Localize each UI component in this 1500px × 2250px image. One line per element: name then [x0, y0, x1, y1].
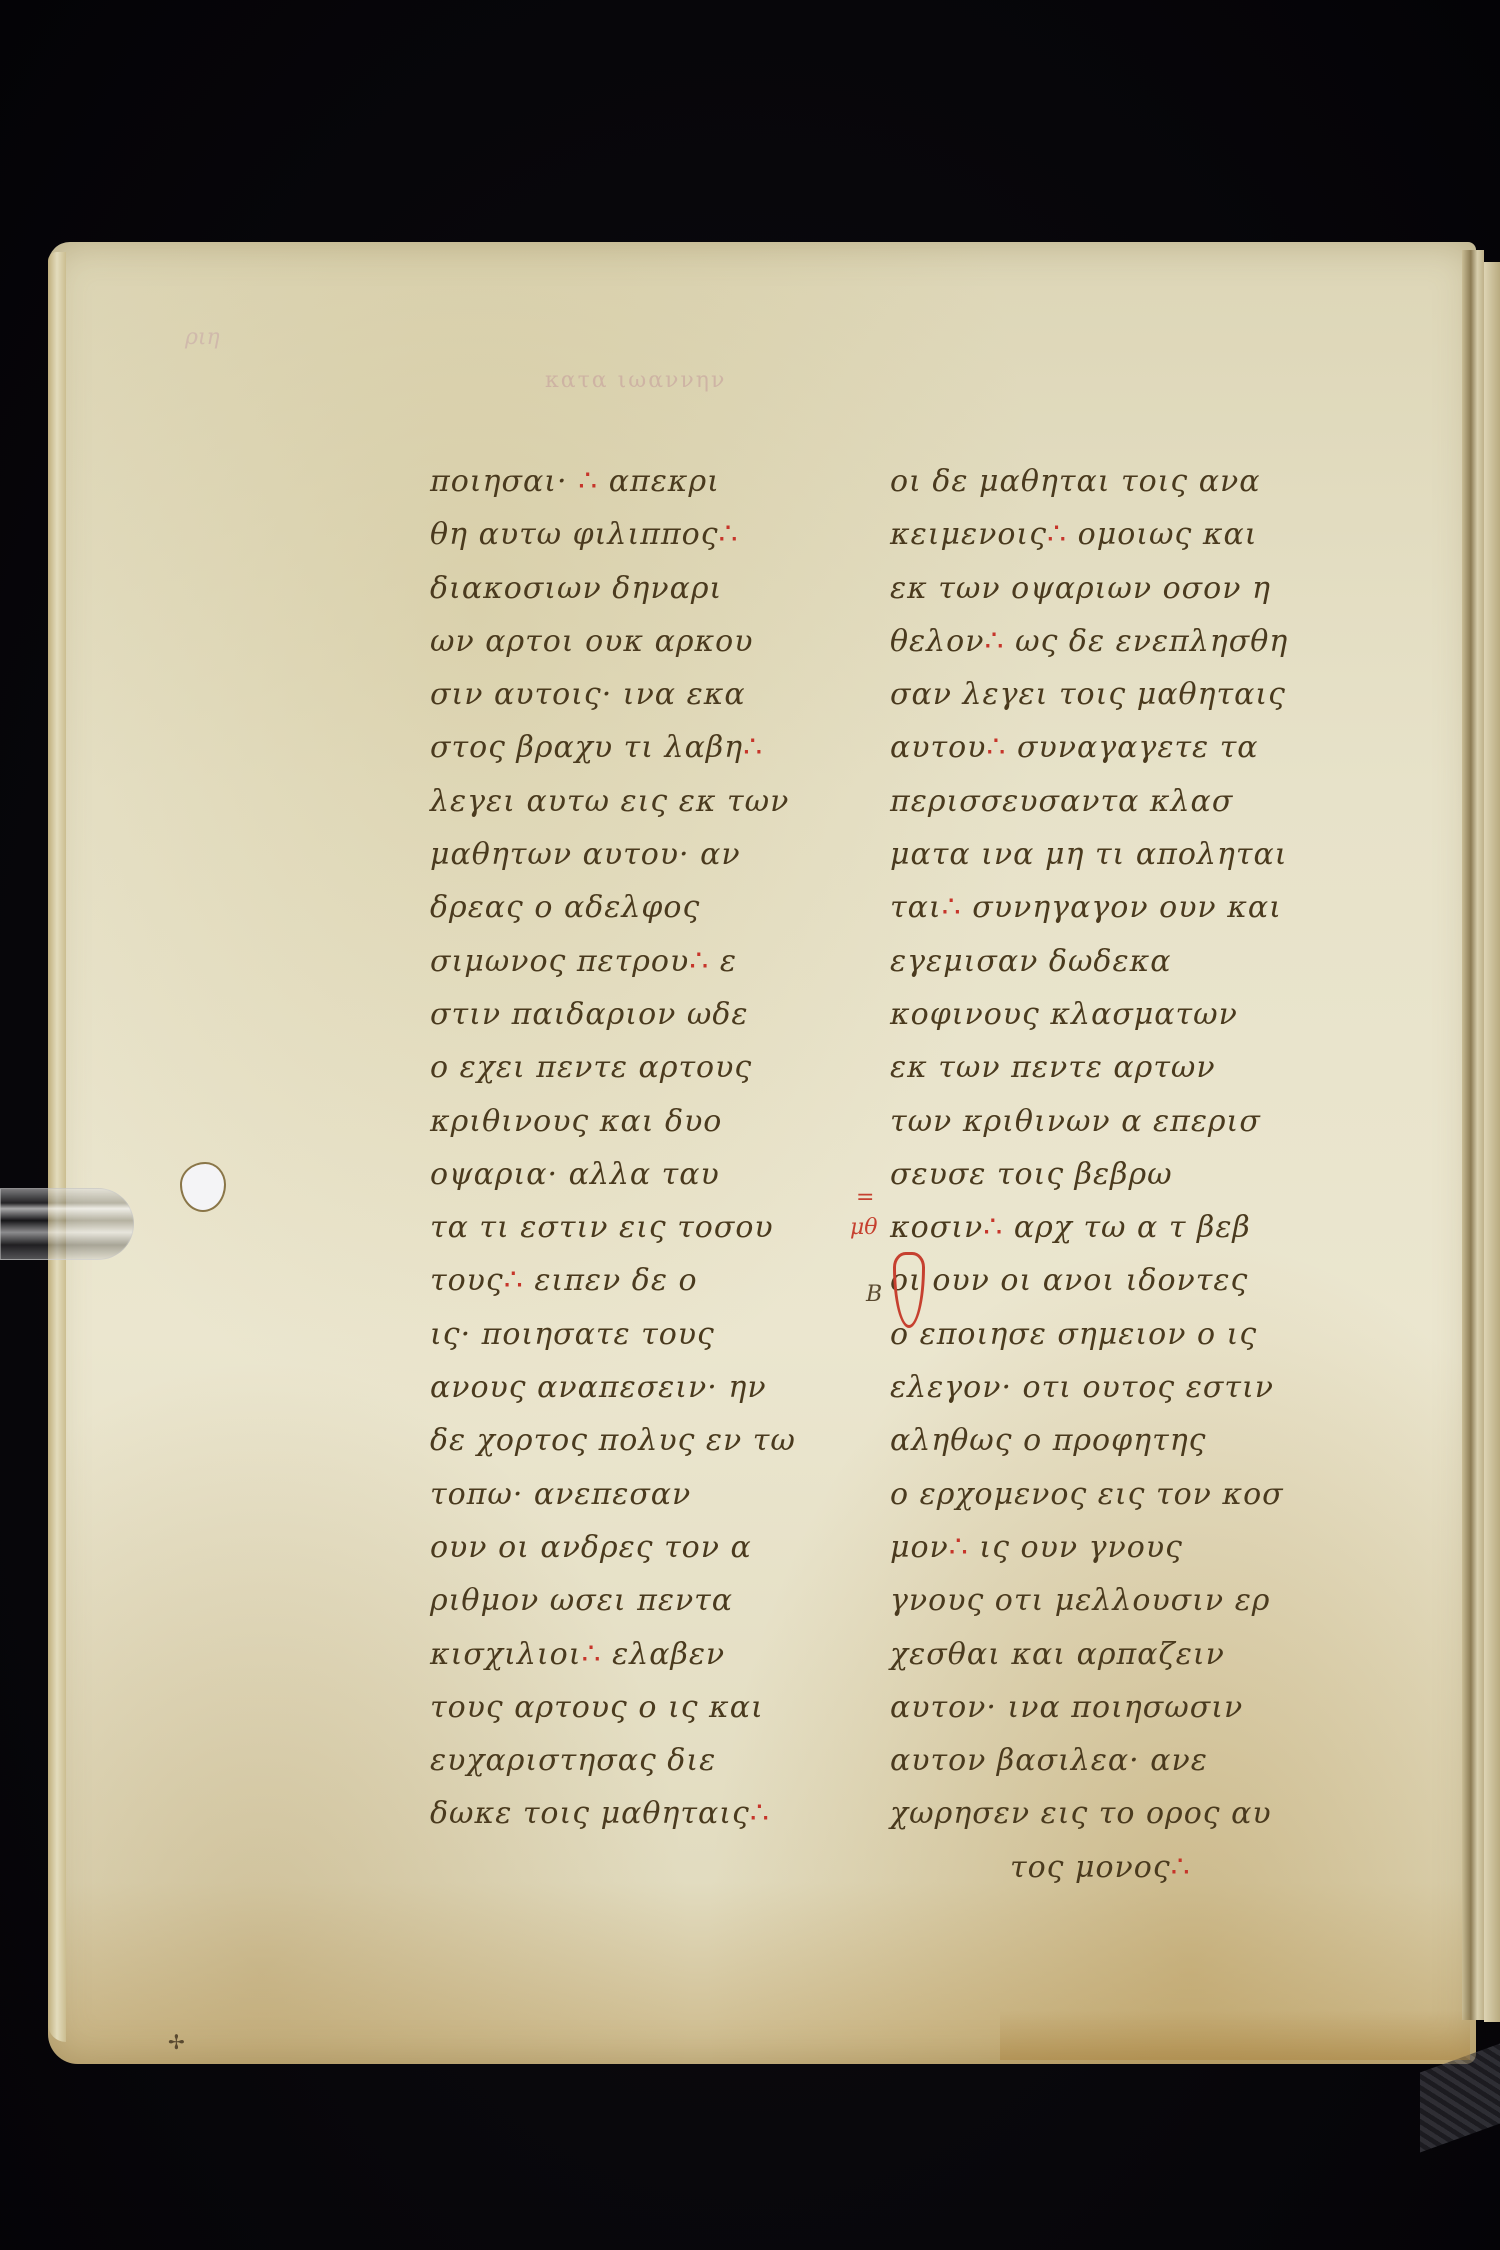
- text-line: ο εποιησε σημειον ο ις: [890, 1308, 1390, 1361]
- text-line: σιμωνος πετρου∴ ε: [430, 935, 870, 988]
- water-stain: [1000, 2010, 1470, 2060]
- line-text-continued: ε: [709, 944, 737, 979]
- line-text: σευσε τοις βεβρω: [890, 1157, 1173, 1192]
- line-text: τος μονος: [1010, 1850, 1171, 1885]
- rubric-punctuation: ∴: [689, 944, 709, 979]
- line-text: ων αρτοι ουκ αρκου: [430, 624, 753, 659]
- line-text: κειμενοις: [890, 517, 1047, 552]
- text-line: τους∴ ειπεν δε ο: [430, 1254, 870, 1307]
- text-line: τα τι εστιν εις τοσου: [430, 1201, 870, 1254]
- text-line: διακοσιων δηναρι: [430, 562, 870, 615]
- rubric-punctuation: ∴: [1047, 517, 1067, 552]
- text-line: αληθως ο προφητης: [890, 1414, 1390, 1467]
- line-text-continued: αρχ τω α τ βεβ: [1003, 1210, 1250, 1245]
- text-line: κριθινους και δυο: [430, 1095, 870, 1148]
- text-line: μαθητων αυτου· αν: [430, 828, 870, 881]
- line-text: ις·: [430, 1317, 482, 1352]
- line-text: δε χορτος πολυς εν τω: [430, 1423, 796, 1458]
- text-line: ται∴ συνηγαγον ουν και: [890, 881, 1390, 934]
- line-text-continued: ως δε ενεπλησθη: [1005, 624, 1289, 659]
- text-line: θη αυτω φιλιππος∴: [430, 508, 870, 561]
- rubric-punctuation: ∴: [986, 730, 1006, 765]
- text-line: ων αρτοι ουκ αρκου: [430, 615, 870, 668]
- line-text: ματα ινα μη τι αποληται: [890, 837, 1288, 872]
- rubric-punctuation: ∴: [578, 464, 598, 499]
- line-text: σιμωνος πετρου: [430, 944, 689, 979]
- line-text: τοπω· ανεπεσαν: [430, 1477, 691, 1512]
- line-text: περισσευσαντα κλασ: [890, 784, 1233, 819]
- text-line: κοσιν∴ αρχ τω α τ βεβ: [890, 1201, 1390, 1254]
- text-line: ποιησαι· ∴ απεκρι: [430, 455, 870, 508]
- text-line: οι δε μαθηται τοις ανα: [890, 455, 1390, 508]
- text-line: αυτον· ινα ποιησωσιν: [890, 1681, 1390, 1734]
- text-line: χωρησεν εις το ορος αυ: [890, 1787, 1390, 1840]
- text-line: εκ των πεντε αρτων: [890, 1041, 1390, 1094]
- text-line: σαν λεγει τοις μαθηταις: [890, 668, 1390, 721]
- text-line: μον∴ ις ουν γνους: [890, 1521, 1390, 1574]
- text-column-left: ποιησαι· ∴ απεκριθη αυτω φιλιππος∴διακοσ…: [430, 455, 870, 1841]
- line-text: αληθως ο προφητης: [890, 1423, 1206, 1458]
- text-line: κειμενοις∴ ομοιως και: [890, 508, 1390, 561]
- text-line: ο ερχομενος εις τον κοσ: [890, 1468, 1390, 1521]
- line-text: εγεμισαν δωδεκα: [890, 944, 1172, 979]
- line-text: σαν λεγει τοις μαθηταις: [890, 677, 1286, 712]
- line-text: των κριθινων α: [890, 1104, 1142, 1139]
- text-line: οι ουν οι ανοι ιδοντες: [890, 1254, 1390, 1307]
- text-line: τοπω· ανεπεσαν: [430, 1468, 870, 1521]
- line-text: χεσθαι και αρπαζειν: [890, 1637, 1225, 1672]
- text-line: περισσευσαντα κλασ: [890, 775, 1390, 828]
- text-line: σιν αυτοις· ινα εκα: [430, 668, 870, 721]
- line-text: αυτου: [890, 730, 986, 765]
- line-text: διακοσιων δηναρι: [430, 571, 722, 606]
- line-text: ται: [890, 890, 942, 925]
- line-text: στος βραχυ τι λαβη: [430, 730, 743, 765]
- text-line: οψαρια· αλλα ταυ: [430, 1148, 870, 1201]
- text-line: σευσε τοις βεβρω: [890, 1148, 1390, 1201]
- rubric-punctuation: ∴: [949, 1530, 969, 1565]
- line-text-continued: ομοιως και: [1067, 517, 1257, 552]
- line-text: θη αυτω φιλιππος: [430, 517, 719, 552]
- line-text: λεγει αυτω εις εκ των: [430, 784, 789, 819]
- text-line: ουν οι ανδρες τον α: [430, 1521, 870, 1574]
- text-line: στιν παιδαριον ωδε: [430, 988, 870, 1041]
- rubric-punctuation: ∴: [581, 1637, 601, 1672]
- line-text-continued: ειπεν δε ο: [524, 1263, 698, 1298]
- text-line: λεγει αυτω εις εκ των: [430, 775, 870, 828]
- text-line: ματα ινα μη τι αποληται: [890, 828, 1390, 881]
- line-text: οι ουν οι ανοι ιδοντες: [890, 1263, 1248, 1298]
- line-text: κοσιν: [890, 1210, 983, 1245]
- text-column-right: οι δε μαθηται τοις ανακειμενοις∴ ομοιως …: [890, 455, 1390, 1894]
- text-line: κισχιλιοι∴ ελαβεν: [430, 1628, 870, 1681]
- line-text: τους αρτους ο ις και: [430, 1690, 764, 1725]
- line-text: ο εχει πεντε αρτους: [430, 1050, 752, 1085]
- line-text: κισχιλιοι: [430, 1637, 581, 1672]
- line-text: κριθινους και δυο: [430, 1104, 722, 1139]
- line-text: ανους αναπεσειν· ην: [430, 1370, 767, 1405]
- margin-hand-mark: ✢: [168, 2030, 185, 2054]
- line-text: μον: [890, 1530, 949, 1565]
- text-line: εκ των οψαριων οσον η: [890, 562, 1390, 615]
- line-text-continued: συναγαγετε τα: [1007, 730, 1259, 765]
- line-text-continued: απεκρι: [598, 464, 720, 499]
- text-line: εγεμισαν δωδεκα: [890, 935, 1390, 988]
- rubric-punctuation: ∴: [942, 890, 962, 925]
- line-text: οψαρια· αλλα ταυ: [430, 1157, 720, 1192]
- line-text: ποιησαι·: [430, 464, 578, 499]
- line-text: κοφινους κλασματων: [890, 997, 1238, 1032]
- rubric-punctuation: ∴: [984, 624, 1004, 659]
- text-line: κοφινους κλασματων: [890, 988, 1390, 1041]
- binding-gutter: [1462, 250, 1484, 2020]
- rubric-punctuation: ∴: [504, 1263, 524, 1298]
- line-text: αυτον· ινα ποιησωσιν: [890, 1690, 1243, 1725]
- adjacent-leaf-edge: [1484, 262, 1500, 2022]
- line-text-continued: επερισ: [1142, 1104, 1260, 1139]
- line-text: εκ των πεντε αρτων: [890, 1050, 1216, 1085]
- line-text-continued: συνηγαγον ουν και: [962, 890, 1282, 925]
- line-text-continued: ποιησατε τους: [482, 1317, 715, 1352]
- line-text: ουν οι ανδρες τον α: [430, 1530, 752, 1565]
- text-line: δε χορτος πολυς εν τω: [430, 1414, 870, 1467]
- line-text: θελον: [890, 624, 984, 659]
- line-text-continued: ελαβεν: [602, 1637, 726, 1672]
- line-text: τα τι εστιν εις τοσου: [430, 1210, 774, 1245]
- page-holder-clip: [0, 1188, 134, 1260]
- text-line: γνους οτι μελλουσιν ερ: [890, 1574, 1390, 1627]
- text-line: ευχαριστησας διε: [430, 1734, 870, 1787]
- text-line: θελον∴ ως δε ενεπλησθη: [890, 615, 1390, 668]
- text-line: ανους αναπεσειν· ην: [430, 1361, 870, 1414]
- line-text: χωρησεν εις το ορος αυ: [890, 1796, 1272, 1831]
- line-text: εκ των οψαριων οσον η: [890, 571, 1271, 606]
- rubric-punctuation: ∴: [1171, 1850, 1191, 1885]
- text-line: αυτου∴ συναγαγετε τα: [890, 721, 1390, 774]
- line-text: ελεγον· οτι ουτος εστιν: [890, 1370, 1274, 1405]
- line-text: αυτον βασιλεα· ανε: [890, 1743, 1208, 1778]
- section-number: μθ: [850, 1215, 878, 1240]
- line-text: τους: [430, 1263, 504, 1298]
- line-text: σιν αυτοις· ινα εκα: [430, 677, 746, 712]
- folio-left-edge: [48, 252, 66, 2042]
- rubric-punctuation: ∴: [983, 1210, 1003, 1245]
- text-line: αυτον βασιλεα· ανε: [890, 1734, 1390, 1787]
- text-line: ελεγον· οτι ουτος εστιν: [890, 1361, 1390, 1414]
- line-text-continued: ις ουν γνους: [969, 1530, 1183, 1565]
- text-line: ις· ποιησατε τους: [430, 1308, 870, 1361]
- text-line: δρεας ο αδελφος: [430, 881, 870, 934]
- line-text: ο ερχομενος εις τον κοσ: [890, 1477, 1284, 1512]
- text-line: τους αρτους ο ις και: [430, 1681, 870, 1734]
- line-text: δρεας ο αδελφος: [430, 890, 700, 925]
- text-line: ριθμον ωσει πεντα: [430, 1574, 870, 1627]
- text-line: δωκε τοις μαθηταις∴: [430, 1787, 870, 1840]
- rubric-punctuation: ∴: [743, 730, 763, 765]
- rubric-punctuation: ∴: [719, 517, 739, 552]
- canon-mark: Β: [866, 1282, 882, 1307]
- text-line: χεσθαι και αρπαζειν: [890, 1628, 1390, 1681]
- text-line: ο εχει πεντε αρτους: [430, 1041, 870, 1094]
- line-text: οι δε μαθηται τοις ανα: [890, 464, 1261, 499]
- line-text: ευχαριστησας διε: [430, 1743, 716, 1778]
- running-head: κατα ιωαννην: [545, 368, 726, 393]
- line-text: ο εποιησε σημειον ο ις: [890, 1317, 1257, 1352]
- text-line: στος βραχυ τι λαβη∴: [430, 721, 870, 774]
- folio-number: ριη: [185, 325, 220, 350]
- line-text: στιν παιδαριον ωδε: [430, 997, 749, 1032]
- line-text: δωκε τοις μαθηταις: [430, 1796, 750, 1831]
- rubric-punctuation: ∴: [750, 1796, 770, 1831]
- line-text: μαθητων αυτου· αν: [430, 837, 741, 872]
- text-line: των κριθινων α επερισ: [890, 1095, 1390, 1148]
- text-line: τος μονος∴: [890, 1841, 1390, 1894]
- line-text: γνους οτι μελλουσιν ερ: [890, 1583, 1270, 1618]
- lection-mark: =: [856, 1185, 874, 1210]
- line-text: ριθμον ωσει πεντα: [430, 1583, 733, 1618]
